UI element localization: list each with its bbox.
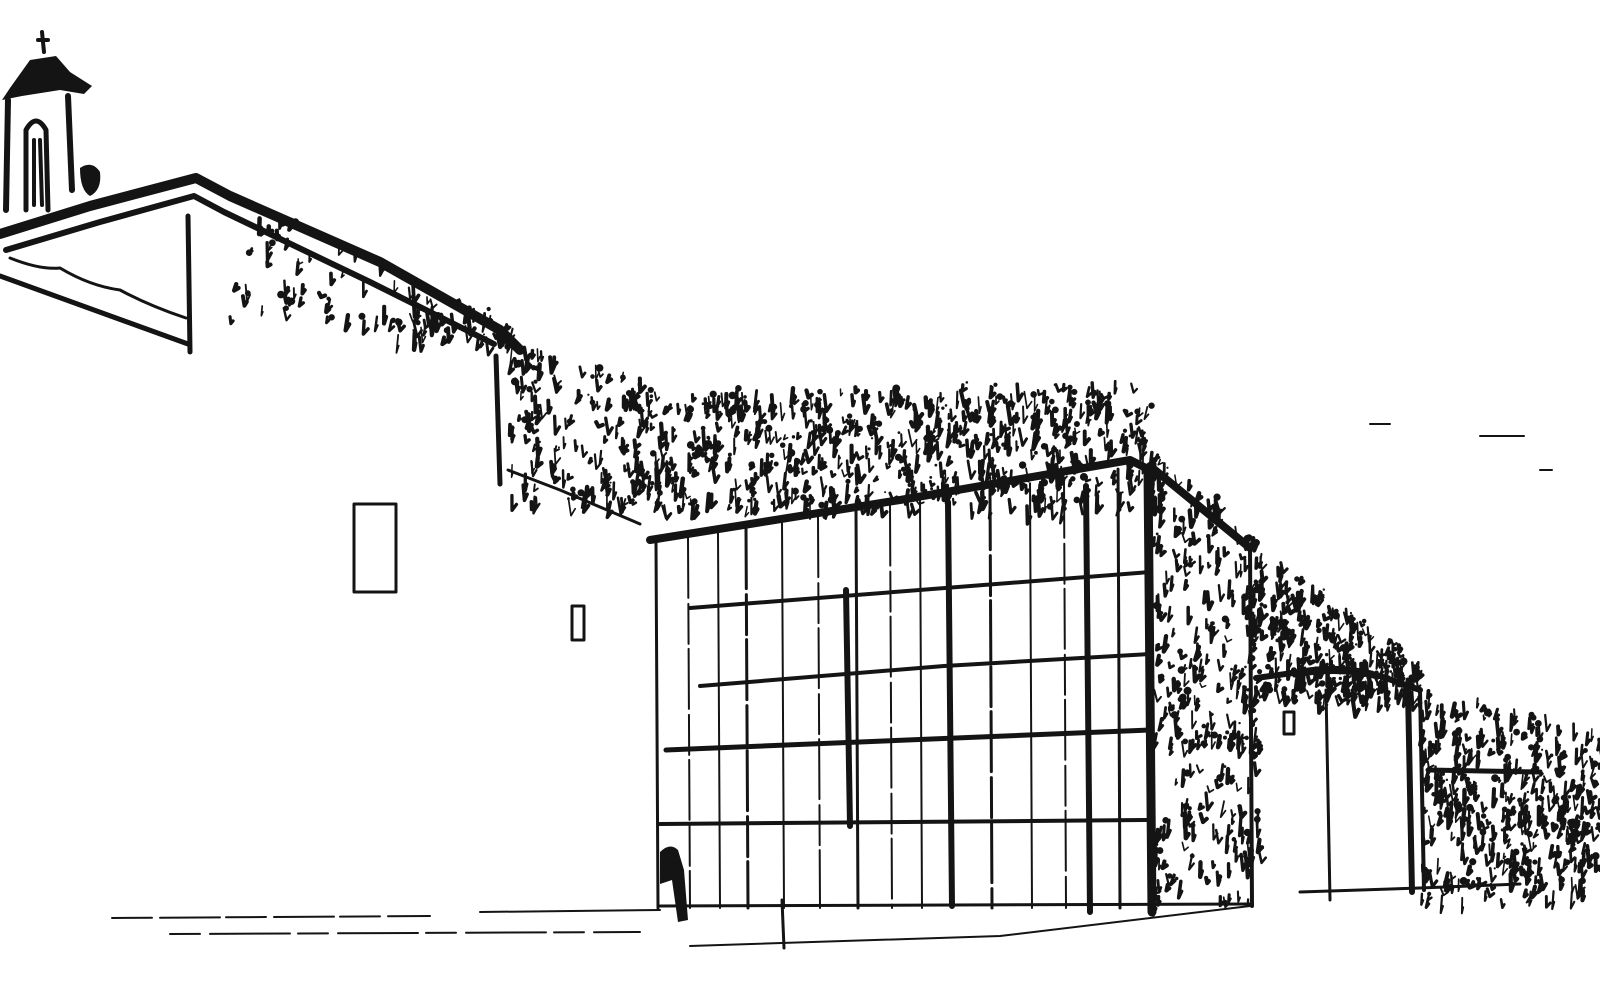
architectural-sketch [0, 0, 1600, 989]
paper-background [0, 0, 1600, 989]
